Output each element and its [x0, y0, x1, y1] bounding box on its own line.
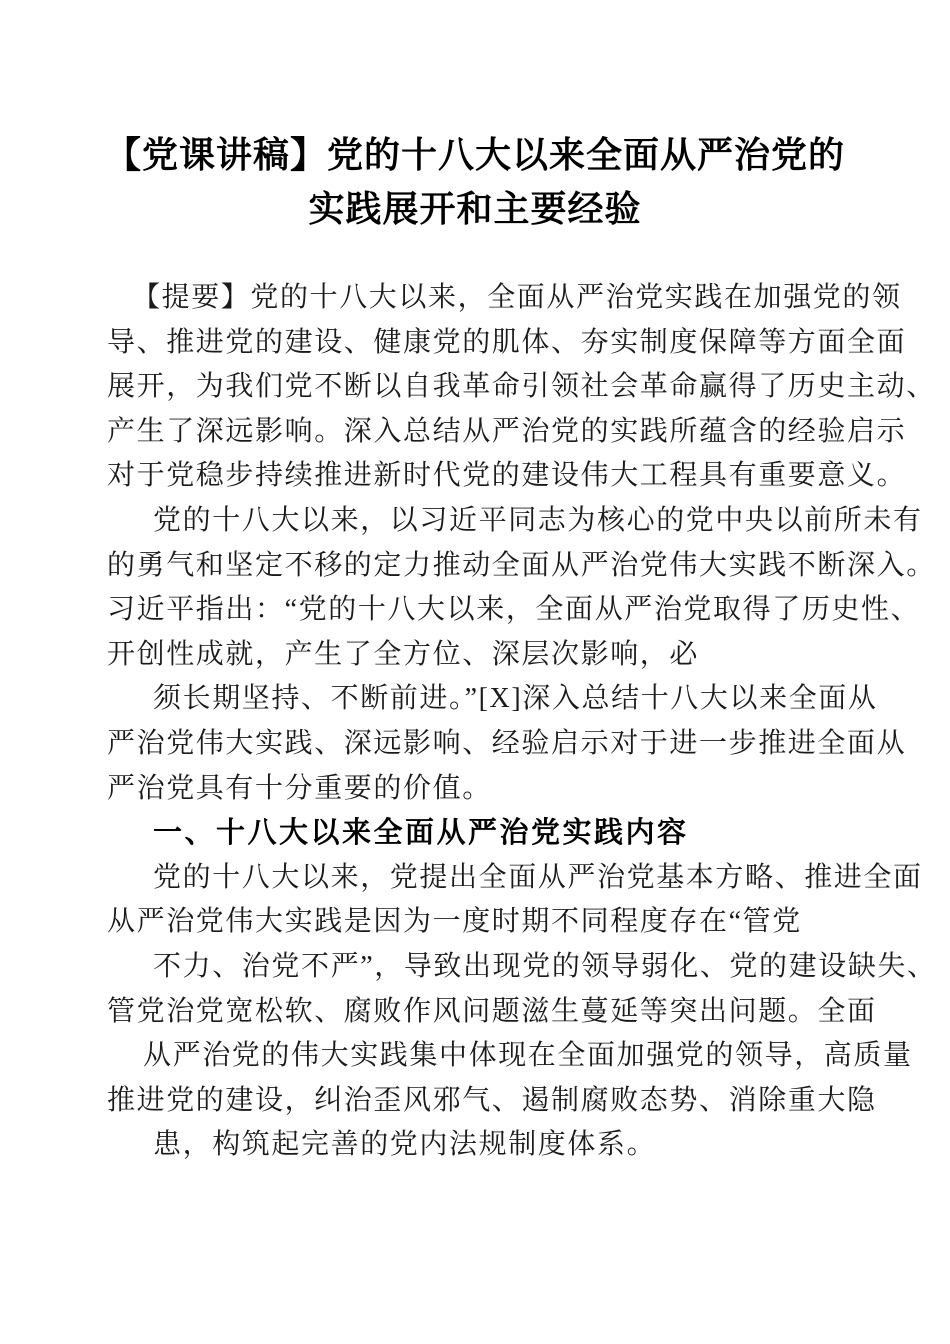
text-line: 须长期坚持、不断前进。”[X]深入总结十八大以来全面从: [107, 677, 910, 722]
document-body: 【提要】党的十八大以来，全面从严治党实践在加强党的领 导、推进党的建设、健康党的…: [107, 276, 910, 1168]
text-line: 党的十八大以来，以习近平同志为核心的党中央以前所未有: [107, 499, 910, 544]
text-line: 从严治党的伟大实践集中体现在全面加强党的领导，高质量: [107, 1034, 910, 1079]
text-line: 党的十八大以来，党提出全面从严治党基本方略、推进全面: [107, 856, 910, 901]
text-line: 展开，为我们党不断以自我革命引领社会革命赢得了历史主动、: [107, 365, 910, 410]
text-line: 对于党稳步持续推进新时代党的建设伟大工程具有重要意义。: [107, 454, 910, 499]
text-line: 患，构筑起完善的党内法规制度体系。: [107, 1123, 910, 1168]
text-line: 习近平指出：“党的十八大以来，全面从严治党取得了历史性、: [107, 588, 910, 633]
text-line: 不力、治党不严”，导致出现党的领导弱化、党的建设缺失、: [107, 945, 910, 990]
text-line: 产生了深远影响。深入总结从严治党的实践所蕴含的经验启示: [107, 410, 910, 455]
text-line: 严治党具有十分重要的价值。: [107, 767, 910, 812]
text-line: 管党治党宽松软、腐败作风问题滋生蔓延等突出问题。全面: [107, 990, 910, 1035]
document-title: 【党课讲稿】党的十八大以来全面从严治党的 实践展开和主要经验: [95, 128, 855, 236]
section-heading: 一、十八大以来全面从严治党实践内容: [107, 811, 910, 856]
text-line: 严治党伟大实践、深远影响、经验启示对于进一步推进全面从: [107, 722, 910, 767]
text-line: 推进党的建设，纠治歪风邪气、遏制腐败态势、消除重大隐: [107, 1079, 910, 1124]
text-line: 的勇气和坚定不移的定力推动全面从严治党伟大实践不断深入。: [107, 544, 910, 589]
document-title-line: 实践展开和主要经验: [95, 182, 855, 236]
text-line: 导、推进党的建设、健康党的肌体、夯实制度保障等方面全面: [107, 321, 910, 366]
document-title-line: 【党课讲稿】党的十八大以来全面从严治党的: [95, 128, 855, 182]
text-line: 【提要】党的十八大以来，全面从严治党实践在加强党的领: [107, 276, 910, 321]
text-line: 从严治党伟大实践是因为一度时期不同程度存在“管党: [107, 900, 910, 945]
text-line: 开创性成就，产生了全方位、深层次影响，必: [107, 633, 910, 678]
document-page: 【党课讲稿】党的十八大以来全面从严治党的 实践展开和主要经验 【提要】党的十八大…: [0, 0, 950, 1344]
